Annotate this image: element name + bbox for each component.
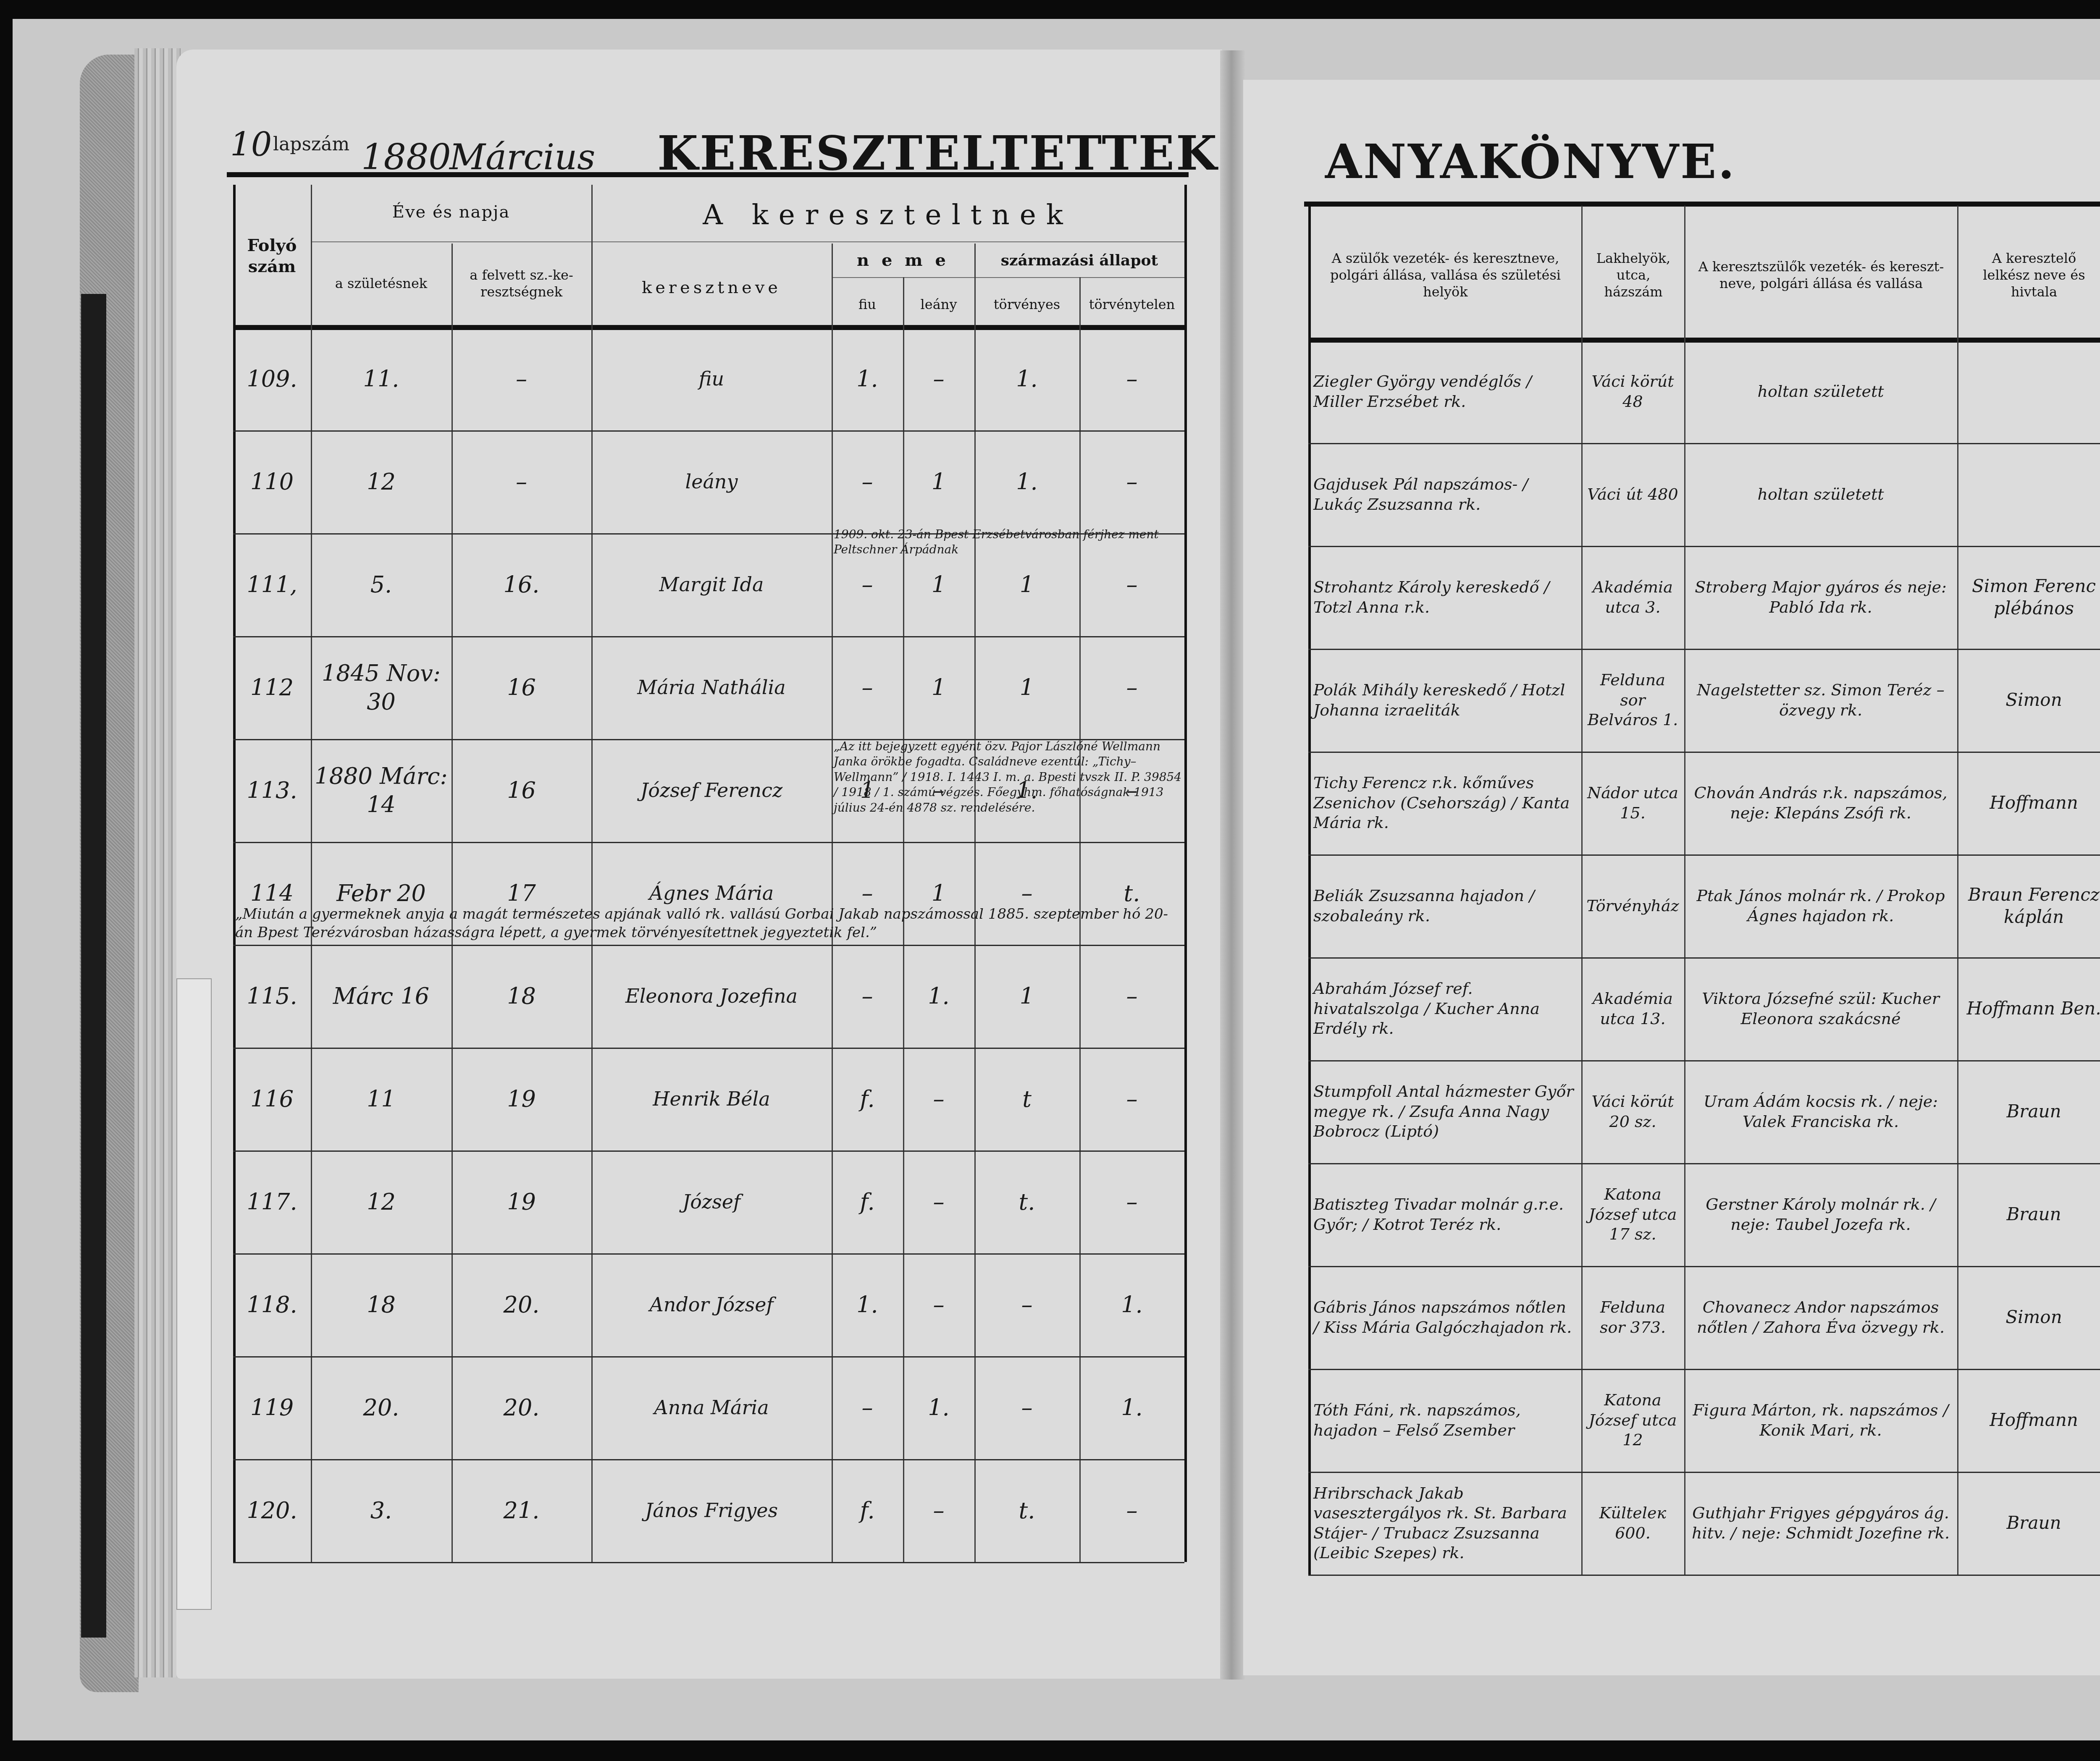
cell-birth: 12	[311, 430, 451, 533]
header-leany: leány	[903, 281, 974, 328]
cell-parents: Gábris János napszámos nőtlen / Kiss Már…	[1308, 1266, 1581, 1369]
cell-torvenytelen: –	[1079, 328, 1184, 430]
annotation-row-113: „Az itt bejegyzett egyént özv. Pajor Lás…	[834, 739, 1182, 815]
cell-priest: Hoffmann Ben.	[1957, 957, 2100, 1060]
cell-address: Nádor utca 15.	[1581, 752, 1684, 854]
cell-parents: Tóth Fáni, rk. napszámos, hajadon – Fels…	[1308, 1369, 1581, 1472]
cell-godparents: Chován András r.k. napszámos, neje: Klep…	[1684, 752, 1957, 854]
cell-torvenyes: –	[974, 1253, 1079, 1356]
cell-parents: Strohantz Károly kereskedő / Totzl Anna …	[1308, 546, 1581, 649]
cell-priest: Braun	[1957, 1163, 2100, 1266]
cell-torvenytelen: –	[1079, 430, 1184, 533]
cell-parents: Ziegler György vendéglős / Miller Erzséb…	[1308, 340, 1581, 443]
cell-no: 117.	[233, 1150, 311, 1253]
cell-priest	[1957, 340, 2100, 443]
cell-priest: Braun	[1957, 1060, 2100, 1163]
cell-name: Andor József	[591, 1253, 832, 1356]
cell-leany: 1.	[903, 1356, 974, 1459]
cell-baptism: 16	[451, 636, 591, 739]
header-fiu: fiu	[832, 281, 903, 328]
cell-birth: Márc 16	[311, 945, 451, 1048]
cell-birth: 20.	[311, 1356, 451, 1459]
cell-name: József Ferencz	[591, 739, 832, 842]
left-table-bottom-rule	[233, 1562, 1184, 1563]
cell-godparents: Viktora Józsefné szül: Kucher Eleonora s…	[1684, 957, 1957, 1060]
cell-birth: 18	[311, 1253, 451, 1356]
cell-godparents: Stroberg Major gyáros és neje: Pabló Ida…	[1684, 546, 1957, 649]
cell-address: Felduna sor Belváros 1.	[1581, 649, 1684, 752]
cell-birth: 5.	[311, 533, 451, 636]
cell-name: leány	[591, 430, 832, 533]
register-year: 1880	[361, 136, 451, 178]
cell-priest: Hoffmann	[1957, 1369, 2100, 1472]
cell-leany: –	[903, 1253, 974, 1356]
cell-torvenyes: 1.	[974, 328, 1079, 430]
cell-no: 110	[233, 430, 311, 533]
cell-torvenyes: 1	[974, 945, 1079, 1048]
cell-name: József	[591, 1150, 832, 1253]
cell-leany: –	[903, 1459, 974, 1562]
cell-torvenytelen: –	[1079, 1048, 1184, 1150]
header-keresztszulok: A keresztszülők vezeték- és kereszt- nev…	[1685, 210, 1957, 340]
cell-torvenytelen: –	[1079, 636, 1184, 739]
header-keresztneve: keresztneve	[591, 248, 832, 328]
inserted-slip-left	[176, 978, 212, 1610]
cell-birth: 12	[311, 1150, 451, 1253]
cell-no: 109.	[233, 328, 311, 430]
cell-leany: –	[903, 1048, 974, 1150]
cell-parents: Gajdusek Pál napszámos- / Lukáç Zsuzsann…	[1308, 443, 1581, 546]
cell-baptism: 21.	[451, 1459, 591, 1562]
cell-godparents: Uram Ádám kocsis rk. / neje: Valek Franc…	[1684, 1060, 1957, 1163]
cell-parents: Polák Mihály kereskedő / Hotzl Johanna i…	[1308, 649, 1581, 752]
cell-torvenyes: 1.	[974, 430, 1079, 533]
header-felvett: a felvett sz.-ke- resztségnek	[451, 244, 591, 323]
cell-no: 118.	[233, 1253, 311, 1356]
cell-address: Váci körút 20 sz.	[1581, 1060, 1684, 1163]
page-edges-left	[134, 48, 181, 1677]
book-cover-left-shadow	[81, 294, 106, 1638]
cell-fiu: –	[832, 945, 903, 1048]
cell-torvenyes: 1	[974, 636, 1079, 739]
cell-torvenytelen: 1.	[1079, 1253, 1184, 1356]
cell-priest: Simon Ferenc plébános	[1957, 546, 2100, 649]
cell-priest	[1957, 443, 2100, 546]
header-szuletesnek: a születésnek	[311, 244, 451, 323]
cell-baptism: 20.	[451, 1356, 591, 1459]
annotation-row-111: 1909. okt. 23-án Bpest Erzsébetvárosban …	[834, 527, 1182, 558]
book-gutter	[1220, 50, 1245, 1680]
cell-priest: Simon	[1957, 1266, 2100, 1369]
cell-fiu: 1.	[832, 328, 903, 430]
annotation-row-114: „Miután a gyermeknek anyja a magát termé…	[235, 905, 1180, 942]
cell-baptism: –	[451, 328, 591, 430]
page-number-label: lapszám	[273, 134, 349, 155]
cell-fiu: f.	[832, 1150, 903, 1253]
cell-birth: 11	[311, 1048, 451, 1150]
cell-priest: Simon	[1957, 649, 2100, 752]
right-table-bottom-rule	[1308, 1575, 2100, 1576]
header-szulok: A szülők vezeték- és keresztneve, polgár…	[1310, 210, 1581, 340]
cell-baptism: 18	[451, 945, 591, 1048]
header-kereszteltnek: A kereszteltnek	[591, 185, 1184, 246]
cell-godparents: Chovanecz Andor napszámos nőtlen / Zahor…	[1684, 1266, 1957, 1369]
cell-torvenytelen: –	[1079, 1459, 1184, 1562]
left-column-rule	[1184, 185, 1187, 1562]
cell-parents: Stumpfoll Antal házmester Győr megye rk.…	[1308, 1060, 1581, 1163]
cell-parents: Tichy Ferencz r.k. kőműves Zsenichov (Cs…	[1308, 752, 1581, 854]
cell-address: Felduna sor 373.	[1581, 1266, 1684, 1369]
cell-fiu: –	[832, 430, 903, 533]
left-subheader-rule	[311, 241, 1184, 242]
header-lelkesz: A keresztelő lelkész neve és hivtala	[1958, 210, 2100, 340]
cell-torvenyes: –	[974, 1356, 1079, 1459]
cell-name: János Frigyes	[591, 1459, 832, 1562]
cell-baptism: 16	[451, 739, 591, 842]
cell-address: Akadémia utca 13.	[1581, 957, 1684, 1060]
cell-godparents: Gerstner Károly molnár rk. / neje: Taube…	[1684, 1163, 1957, 1266]
cell-address: Katona József utca 17 sz.	[1581, 1163, 1684, 1266]
cell-birth: 3.	[311, 1459, 451, 1562]
cell-baptism: –	[451, 430, 591, 533]
cell-godparents: Nagelstetter sz. Simon Teréz – özvegy rk…	[1684, 649, 1957, 752]
left-subheader-rule-2	[832, 277, 1184, 278]
cell-no: 111,	[233, 533, 311, 636]
cell-name: Eleonora Jozefina	[591, 945, 832, 1048]
cell-torvenytelen: 1.	[1079, 1356, 1184, 1459]
header-torvenyes: törvényes	[974, 281, 1079, 328]
right-title-rule	[1304, 202, 2100, 207]
cell-godparents: Ptak János molnár rk. / Prokop Ágnes haj…	[1684, 854, 1957, 957]
cell-fiu: f.	[832, 1048, 903, 1150]
cell-torvenytelen: –	[1079, 1150, 1184, 1253]
cell-baptism: 20.	[451, 1253, 591, 1356]
cell-godparents: Figura Márton, rk. napszámos / Konik Mar…	[1684, 1369, 1957, 1472]
cell-godparents: holtan született	[1684, 443, 1957, 546]
cell-birth: 1880 Márc: 14	[311, 739, 451, 842]
cell-torvenyes: t	[974, 1048, 1079, 1150]
cell-no: 115.	[233, 945, 311, 1048]
cell-address: Váci körút 48	[1581, 340, 1684, 443]
left-title-rule	[227, 172, 1189, 177]
cell-leany: –	[903, 328, 974, 430]
cell-priest: Braun	[1957, 1472, 2100, 1575]
header-szarmazasi: származási állapot	[974, 248, 1184, 273]
cell-priest: Braun Ferencz káplán	[1957, 854, 2100, 957]
cell-fiu: 1.	[832, 1253, 903, 1356]
cell-name: fiu	[591, 328, 832, 430]
header-lakhely: Lakhelyök, utca, házszám	[1583, 210, 1684, 340]
header-torvenytelen: törvénytelen	[1079, 281, 1184, 328]
cell-no: 116	[233, 1048, 311, 1150]
cell-birth: 11.	[311, 328, 451, 430]
register-month: Március	[449, 136, 595, 178]
cell-fiu: –	[832, 1356, 903, 1459]
cell-no: 113.	[233, 739, 311, 842]
cell-godparents: holtan született	[1684, 340, 1957, 443]
cell-baptism: 16.	[451, 533, 591, 636]
cell-torvenyes: t.	[974, 1459, 1079, 1562]
cell-godparents: Guthjahr Frigyes gépgyáros ág. hitv. / n…	[1684, 1472, 1957, 1575]
cell-parents: Beliák Zsuzsanna hajadon / szobaleány rk…	[1308, 854, 1581, 957]
page-number: 10	[230, 126, 272, 164]
header-neme: n e m e	[832, 248, 974, 273]
cell-leany: 1	[903, 636, 974, 739]
cell-baptism: 19	[451, 1150, 591, 1253]
cell-fiu: –	[832, 636, 903, 739]
cell-leany: 1	[903, 430, 974, 533]
cell-address: Katona József utca 12	[1581, 1369, 1684, 1472]
cell-baptism: 19	[451, 1048, 591, 1150]
cell-torvenytelen: –	[1079, 945, 1184, 1048]
cell-birth: 1845 Nov: 30	[311, 636, 451, 739]
cell-address: Törvényház	[1581, 854, 1684, 957]
cell-name: Anna Mária	[591, 1356, 832, 1459]
cell-fiu: f.	[832, 1459, 903, 1562]
cell-parents: Abrahám József ref. hivatalszolga / Kuch…	[1308, 957, 1581, 1060]
header-folyo-szam: Folyó szám	[233, 189, 311, 323]
cell-parents: Batiszteg Tivadar molnár g.r.e. Győr; / …	[1308, 1163, 1581, 1266]
header-eve-es-napja: Éve és napja	[311, 185, 591, 239]
cell-no: 120.	[233, 1459, 311, 1562]
cell-leany: –	[903, 1150, 974, 1253]
cell-priest: Hoffmann	[1957, 752, 2100, 854]
cell-name: Mária Nathália	[591, 636, 832, 739]
cell-address: Akadémia utca 3.	[1581, 546, 1684, 649]
cell-no: 112	[233, 636, 311, 739]
cell-address: Váci út 480	[1581, 443, 1684, 546]
cell-no: 119	[233, 1356, 311, 1459]
title-right: ANYAKÖNYVE.	[1325, 134, 1736, 189]
cell-parents: Hribrschack Jakab vasesztergályos rk. St…	[1308, 1472, 1581, 1575]
cell-name: Henrik Béla	[591, 1048, 832, 1150]
cell-address: Külteleк 600.	[1581, 1472, 1684, 1575]
cell-torvenyes: t.	[974, 1150, 1079, 1253]
cell-name: Margit Ida	[591, 533, 832, 636]
cell-leany: 1.	[903, 945, 974, 1048]
